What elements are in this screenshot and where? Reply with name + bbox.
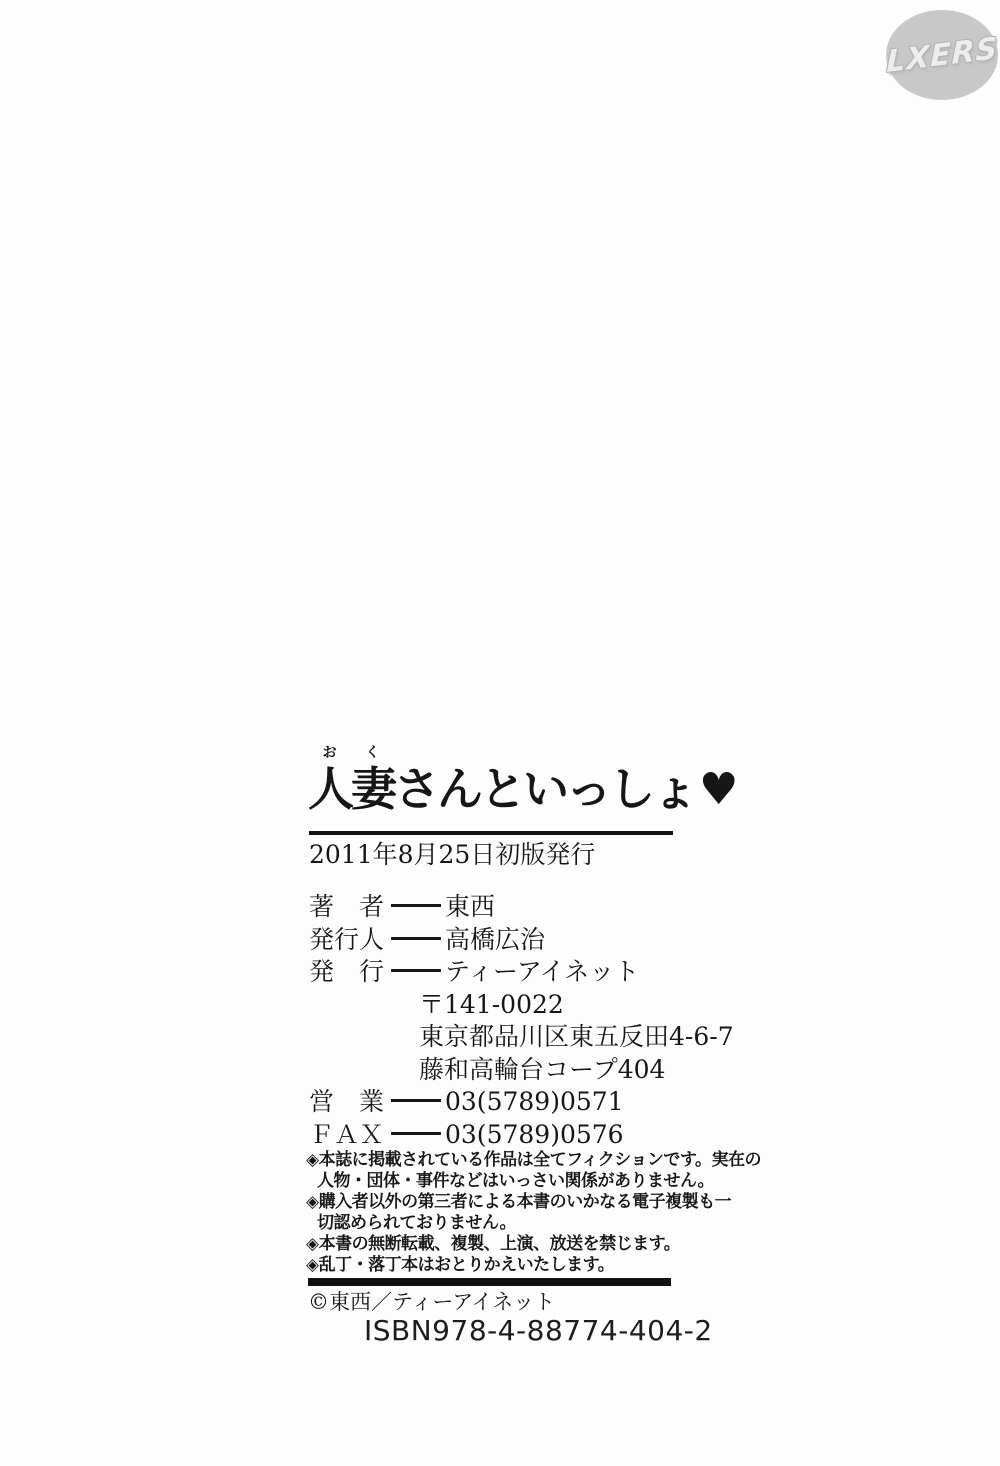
title-rest-text: さんといっしょ xyxy=(394,766,695,812)
notice-defective-copies: ◈乱丁・落丁本はおとりかえいたします。 xyxy=(306,1255,706,1276)
leader-dash xyxy=(391,969,441,972)
notice-fiction-line2: 人物・団体・事件などはいっさい関係がありません。 xyxy=(317,1171,706,1192)
title-ruby-pair-1: お 人 xyxy=(308,746,351,812)
author-label: 著 者 xyxy=(309,891,391,924)
credit-row-publisher-person: 発行人高橋広治 xyxy=(309,924,734,957)
address-street: 東京都品川区東五反田4-6-7 xyxy=(419,1021,734,1054)
colophon-page: LXERS お 人 く 妻 さんといっしょ ♥ 2011年8月25日初版発行 著… xyxy=(0,0,1000,1466)
leader-dash xyxy=(391,937,441,940)
lxers-watermark-text: LXERS xyxy=(886,30,998,79)
notice-digital-copy-line1: ◈購入者以外の第三者による本書のいかなる電子複製も一 xyxy=(306,1192,706,1213)
title-ruby-pair-2: く 妻 xyxy=(351,746,394,812)
sales-label: 営 業 xyxy=(309,1086,391,1119)
author-value: 東西 xyxy=(445,892,495,921)
publisher-label: 発 行 xyxy=(309,956,391,989)
credit-row-sales-phone: 営 業03(5789)0571 xyxy=(309,1086,734,1119)
isbn-number: ISBN978-4-88774-404-2 xyxy=(364,1316,713,1347)
heart-icon: ♥ xyxy=(699,768,738,812)
legal-notices: ◈本誌に掲載されている作品は全てフィクションです。実在の 人物・団体・事件などは… xyxy=(306,1150,706,1276)
notice-digital-copy-line2: 切認められておりません。 xyxy=(317,1213,706,1234)
furigana-ku: く xyxy=(366,746,380,760)
furigana-o: お xyxy=(323,746,337,760)
leader-dash xyxy=(391,1132,441,1135)
notice-fiction-line1: ◈本誌に掲載されている作品は全てフィクションです。実在の xyxy=(306,1150,706,1171)
notice-reproduction: ◈本書の無断転載、複製、上演、放送を禁じます。 xyxy=(306,1234,706,1255)
credit-row-author: 著 者東西 xyxy=(309,891,734,924)
publication-date: 2011年8月25日初版発行 xyxy=(309,841,595,869)
leader-dash xyxy=(391,1099,441,1102)
title-char-hito: 人 xyxy=(308,766,351,812)
publisher-value: ティーアイネット xyxy=(445,957,639,986)
publication-credits: 著 者東西 発行人高橋広治 発 行ティーアイネット 〒141-0022 東京都品… xyxy=(309,891,734,1151)
lxers-watermark-logo: LXERS xyxy=(886,10,998,100)
title-char-tsuma: 妻 xyxy=(351,766,394,812)
copyright-notice: ©東西／ティーアイネット xyxy=(308,1290,555,1315)
fax-label: ＦＡＸ xyxy=(309,1119,391,1152)
bottom-divider-bar xyxy=(308,1278,671,1286)
publisher-person-label: 発行人 xyxy=(309,924,391,957)
address-building: 藤和高輪台コープ404 xyxy=(419,1054,734,1087)
credit-row-fax: ＦＡＸ03(5789)0576 xyxy=(309,1119,734,1152)
fax-value: 03(5789)0576 xyxy=(445,1120,624,1149)
publisher-person-value: 高橋広治 xyxy=(445,925,545,954)
credit-row-publisher: 発 行ティーアイネット xyxy=(309,956,734,989)
sales-phone-value: 03(5789)0571 xyxy=(445,1087,624,1116)
title-underline-rule xyxy=(309,831,673,835)
postal-code: 〒141-0022 xyxy=(419,989,734,1022)
leader-dash xyxy=(391,904,441,907)
book-title: お 人 く 妻 さんといっしょ ♥ xyxy=(308,746,738,812)
